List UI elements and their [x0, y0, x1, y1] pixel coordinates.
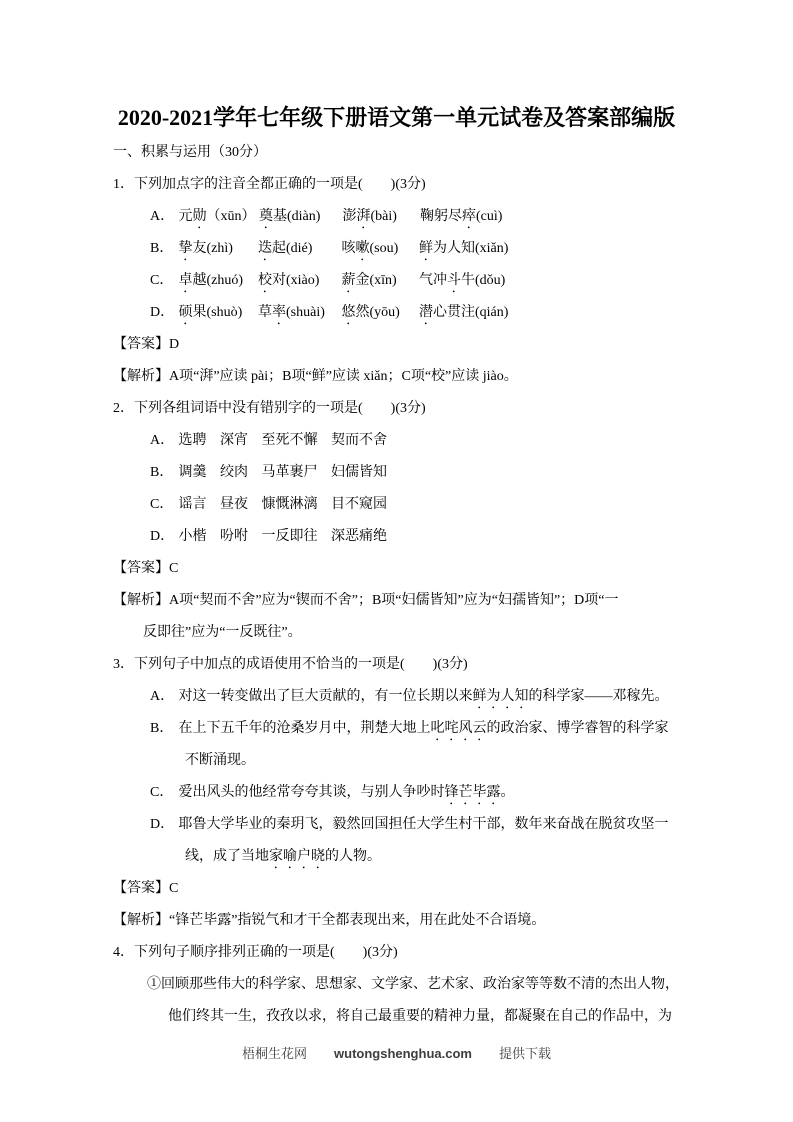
page-title: 2020-2021学年七年级下册语文第一单元试卷及答案部编版 — [0, 0, 793, 135]
option-label: A． — [150, 425, 175, 457]
q3-sentence: 在上下五千年的沧桑岁月中，荆楚大地上叱咤风云的政治家、博学睿智的科学家 — [179, 721, 669, 736]
q3-sentence: 耶鲁大学毕业的秦玥飞，毅然回国担任大学生村干部，数年来奋战在脱贫攻坚一 — [179, 817, 669, 832]
section-heading: 一、积累与运用（30分） — [113, 137, 793, 169]
q3-answer: 【答案】C — [113, 873, 793, 905]
q2-word: 契而不舍 — [331, 433, 387, 448]
q1-word: 挚友(zhì) — [179, 233, 255, 265]
q1-word: 薪金(xīn) — [342, 265, 416, 297]
option-label: D． — [150, 809, 175, 841]
q3-option-b: B． 在上下五千年的沧桑岁月中，荆楚大地上叱咤风云的政治家、博学睿智的科学家 — [150, 713, 793, 745]
q2-word: 一反即往 — [262, 529, 318, 544]
q3-sentence: 对这一转变做出了巨大贡献的，有一位长期以来鲜为人知的科学家——邓稼先。 — [179, 689, 669, 704]
q2-word: 妇儒皆知 — [331, 465, 387, 480]
q1-answer: 【答案】D — [113, 329, 793, 361]
q2-word: 至死不懈 — [262, 433, 318, 448]
q2-word: 深恶痛绝 — [331, 529, 387, 544]
q1-word: 迭起(dié) — [258, 233, 338, 265]
q1-word: 校对(xiào) — [258, 265, 338, 297]
q1-word: 咳嗽(sou) — [342, 233, 416, 265]
q1-word: 澎湃(bài) — [343, 201, 417, 233]
option-label: D． — [150, 521, 175, 553]
q2-word: 马革裹尸 — [262, 465, 318, 480]
q1-word: 卓越(zhuó) — [179, 265, 255, 297]
footer-download-note: 提供下载 — [499, 1045, 551, 1063]
page-footer: 梧桐生花网 wutongshenghua.com 提供下载 — [0, 1045, 793, 1063]
q2-analysis-line1: 【解析】A项“契而不舍”应为“锲而不舍”；B项“妇儒皆知”应为“妇孺皆知”；D项… — [113, 585, 793, 617]
option-label: C． — [150, 777, 175, 809]
q1-word: 奠基(diàn) — [259, 201, 339, 233]
q3-option-b-cont: 不断涌现。 — [185, 745, 793, 777]
q2-option-b: B． 调羹 绞肉 马革裹尸 妇儒皆知 — [150, 457, 793, 489]
q1-option-c: C． 卓越(zhuó) 校对(xiào) 薪金(xīn) 气冲斗牛(dǒu) — [150, 265, 793, 297]
q2-word: 调羹 — [179, 465, 207, 480]
q1-word: 潜心贯注(qián) — [419, 297, 508, 329]
q3-stem: 3．下列句子中加点的成语使用不恰当的一项是( )(3分) — [113, 649, 793, 681]
q2-stem: 2．下列各组词语中没有错别字的一项是( )(3分) — [113, 393, 793, 425]
q2-option-d: D． 小楷 吩咐 一反即往 深恶痛绝 — [150, 521, 793, 553]
option-label: A． — [150, 681, 175, 713]
q1-option-d: D． 硕果(shuò) 草率(shuài) 悠然(yōu) 潜心贯注(qián) — [150, 297, 793, 329]
q3-option-a: A． 对这一转变做出了巨大贡献的，有一位长期以来鲜为人知的科学家——邓稼先。 — [150, 681, 793, 713]
q2-word: 吩咐 — [220, 529, 248, 544]
q1-word: 气冲斗牛(dǒu) — [419, 265, 505, 297]
q3-sentence: 爱出风头的他经常夸夸其谈，与别人争吵时锋芒毕露。 — [179, 785, 515, 800]
q1-analysis: 【解析】A项“湃”应读 pài；B项“鲜”应读 xiǎn；C项“校”应读 jià… — [113, 361, 793, 393]
q2-word: 小楷 — [179, 529, 207, 544]
option-label: B． — [150, 457, 175, 489]
q3-option-d: D． 耶鲁大学毕业的秦玥飞，毅然回国担任大学生村干部，数年来奋战在脱贫攻坚一 — [150, 809, 793, 841]
q3-analysis: 【解析】“锋芒毕露”指锐气和才干全都表现出来，用在此处不合语境。 — [113, 905, 793, 937]
q2-word: 选聘 — [179, 433, 207, 448]
option-label: D． — [150, 297, 175, 329]
q1-option-a: A． 元勋（xūn） 奠基(diàn) 澎湃(bài) 鞠躬尽瘁(cuì) — [150, 201, 793, 233]
option-label: B． — [150, 713, 175, 745]
q2-option-c: C． 谣言 昼夜 慷慨淋漓 目不窥园 — [150, 489, 793, 521]
document-page: 2020-2021学年七年级下册语文第一单元试卷及答案部编版 一、积累与运用（3… — [0, 0, 793, 1122]
q2-word: 昼夜 — [220, 497, 248, 512]
q1-word: 鲜为人知(xiǎn) — [419, 233, 508, 265]
q4-sentence1-line2: 他们终其一生，孜孜以求，将自己最重要的精神力量，都凝聚在自己的作品中，为 — [168, 1001, 793, 1033]
q2-word: 目不窥园 — [331, 497, 387, 512]
q4-sentence1-line1: ①回顾那些伟大的科学家、思想家、文学家、艺术家、政治家等等数不清的杰出人物， — [147, 969, 793, 1001]
q1-option-b: B． 挚友(zhì) 迭起(dié) 咳嗽(sou) 鲜为人知(xiǎn) — [150, 233, 793, 265]
q1-word: 鞠躬尽瘁(cuì) — [420, 201, 502, 233]
option-label: B． — [150, 233, 175, 265]
q1-word: 草率(shuài) — [258, 297, 338, 329]
q2-answer: 【答案】C — [113, 553, 793, 585]
footer-site-name: 梧桐生花网 — [242, 1045, 307, 1063]
q1-word: 悠然(yōu) — [342, 297, 416, 329]
q1-word: 硕果(shuò) — [179, 297, 255, 329]
q2-word: 绞肉 — [220, 465, 248, 480]
q2-option-a: A． 选聘 深宵 至死不懈 契而不舍 — [150, 425, 793, 457]
q2-word: 深宵 — [220, 433, 248, 448]
q2-analysis-line2: 反即往”应为“一反既往”。 — [143, 617, 793, 649]
q1-stem: 1．下列加点字的注音全都正确的一项是( )(3分) — [113, 169, 793, 201]
q3-option-d-cont: 线，成了当地家喻户晓的人物。 — [185, 841, 793, 873]
q4-stem: 4．下列句子顺序排列正确的一项是( )(3分) — [113, 937, 793, 969]
q2-word: 慷慨淋漓 — [262, 497, 318, 512]
option-label: A． — [150, 201, 175, 233]
option-label: C． — [150, 489, 175, 521]
option-label: C． — [150, 265, 175, 297]
q2-word: 谣言 — [179, 497, 207, 512]
footer-site-domain: wutongshenghua.com — [334, 1045, 472, 1063]
q3-option-c: C． 爱出风头的他经常夸夸其谈，与别人争吵时锋芒毕露。 — [150, 777, 793, 809]
q1-word: 元勋（xūn） — [179, 201, 256, 233]
